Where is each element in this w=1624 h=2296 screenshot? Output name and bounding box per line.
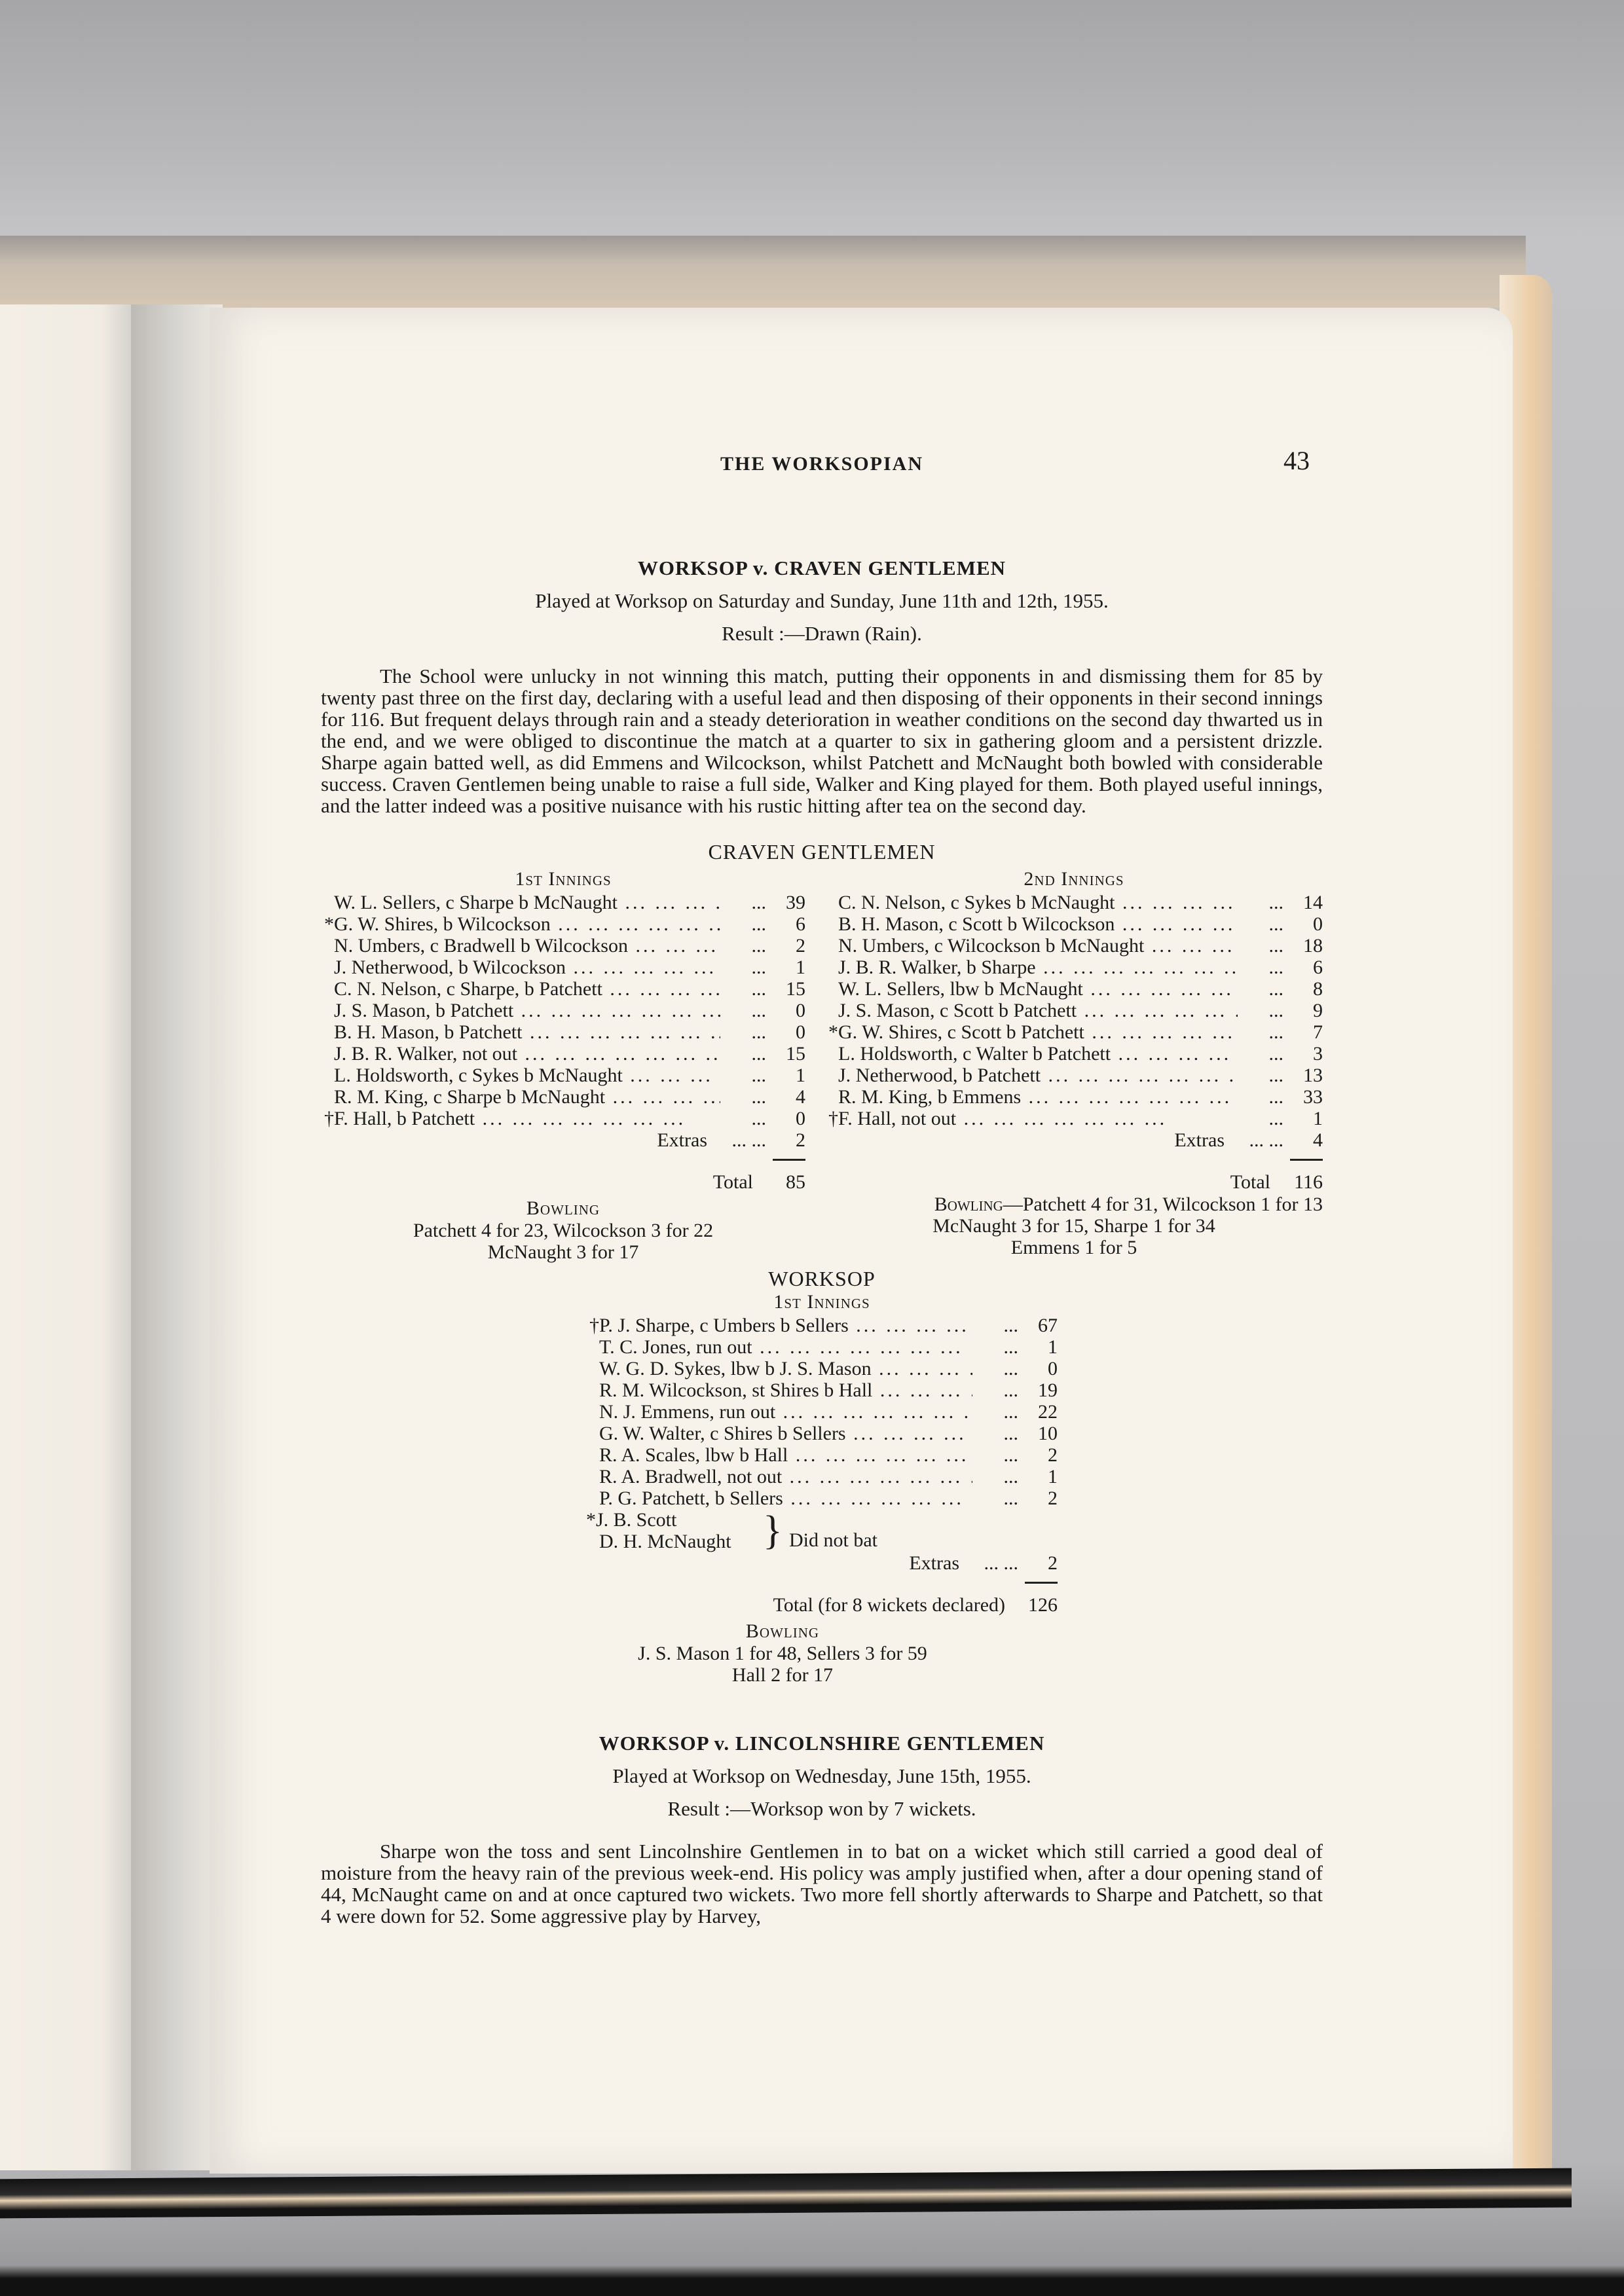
batsman-dismissal: W. G. D. Sykes, lbw b J. S. Mason xyxy=(599,1358,972,1379)
player-mark: * xyxy=(321,913,334,935)
player-mark xyxy=(825,1043,838,1065)
running-title: THE WORKSOPIAN xyxy=(321,453,1323,475)
batsman-dismissal: R. A. Bradwell, not out xyxy=(599,1466,972,1487)
batsman-dismissal: C. N. Nelson, c Sykes b McNaught xyxy=(838,892,1238,913)
extras-label: Extras xyxy=(825,1129,1238,1151)
runs: 7 xyxy=(1283,1021,1323,1043)
batting-row: N. J. Emmens, run out...22 xyxy=(586,1401,1058,1423)
bowling-line: McNaught 3 for 15, Sharpe 1 for 34 xyxy=(825,1215,1323,1237)
runs: 1 xyxy=(1283,1108,1323,1129)
batting-row: P. G. Patchett, b Sellers...2 xyxy=(586,1487,1058,1509)
batting-row: W. L. Sellers, c Sharpe b McNaught...39 xyxy=(321,892,805,913)
runs: 2 xyxy=(766,935,805,957)
batting-row: †P. J. Sharpe, c Umbers b Sellers...67 xyxy=(586,1315,1058,1336)
batting-row: R. M. King, c Sharpe b McNaught...4 xyxy=(321,1086,805,1108)
batsman-dismissal: J. Netherwood, b Wilcockson xyxy=(334,957,720,978)
player-mark xyxy=(586,1487,599,1509)
batting-row: R. M. King, b Emmens...33 xyxy=(825,1086,1323,1108)
batting-row: C. N. Nelson, c Sharpe, b Patchett...15 xyxy=(321,978,805,1000)
batsman-dismissal: C. N. Nelson, c Sharpe, b Patchett xyxy=(334,978,720,1000)
innings-heading: 2nd Innings xyxy=(825,868,1323,890)
player-mark xyxy=(825,978,838,1000)
runs: 0 xyxy=(766,1021,805,1043)
home-innings: WORKSOP 1st Innings †P. J. Sharpe, c Umb… xyxy=(586,1267,1058,1686)
running-head: THE WORKSOPIAN 43 xyxy=(321,445,1323,484)
match-venue-date: Played at Worksop on Saturday and Sunday… xyxy=(321,589,1323,613)
total-label: Total xyxy=(1230,1171,1270,1194)
runs: 4 xyxy=(766,1086,805,1108)
batting-row: L. Holdsworth, c Sykes b McNaught...1 xyxy=(321,1065,805,1086)
runs: 19 xyxy=(1018,1379,1058,1401)
player-mark xyxy=(321,1065,334,1086)
total-rule xyxy=(1025,1582,1058,1584)
player-mark xyxy=(321,892,334,913)
team-heading-opponent: CRAVEN GENTLEMEN xyxy=(321,840,1323,864)
book-top-edge xyxy=(0,236,1526,308)
runs: 18 xyxy=(1283,935,1323,957)
bowling-heading: Bowling xyxy=(586,1620,979,1643)
bowling-line: Hall 2 for 17 xyxy=(586,1664,979,1686)
player-mark xyxy=(321,978,334,1000)
did-not-bat: *J. B. Scott D. H. McNaught } Did not ba… xyxy=(586,1509,1058,1552)
opponent-innings-columns: 1st Innings W. L. Sellers, c Sharpe b Mc… xyxy=(321,868,1323,1263)
batting-row: W. G. D. Sykes, lbw b J. S. Mason...0 xyxy=(586,1358,1058,1379)
left-page xyxy=(0,304,144,2170)
innings-heading: 1st Innings xyxy=(586,1291,1058,1313)
match-venue-date: Played at Worksop on Wednesday, June 15t… xyxy=(321,1764,1323,1788)
extras-row: Extras ... ... 2 xyxy=(586,1552,1058,1574)
batting-row: J. B. R. Walker, b Sharpe...6 xyxy=(825,957,1323,978)
batting-row: †F. Hall, not out...1 xyxy=(825,1108,1323,1129)
runs: 1 xyxy=(766,1065,805,1086)
batsman-dismissal: R. A. Scales, lbw b Hall xyxy=(599,1444,972,1466)
total-value: 85 xyxy=(753,1171,805,1194)
batsman-dismissal: R. M. Wilcockson, st Shires b Hall xyxy=(599,1379,972,1401)
extras-value: 2 xyxy=(1018,1552,1058,1574)
extras-row: Extras ... ... 2 xyxy=(321,1129,805,1151)
total-row: Total (for 8 wickets declared) 126 xyxy=(586,1594,1058,1616)
runs: 0 xyxy=(766,1108,805,1129)
player-mark xyxy=(321,957,334,978)
batsman-dismissal: W. L. Sellers, lbw b McNaught xyxy=(838,978,1238,1000)
total-rule xyxy=(773,1159,805,1161)
player-mark: † xyxy=(825,1108,838,1129)
batting-row: J. Netherwood, b Wilcockson...1 xyxy=(321,957,805,978)
runs: 2 xyxy=(1018,1487,1058,1509)
team-heading-home: WORKSOP xyxy=(586,1267,1058,1291)
batsman-dismissal: G. W. Walter, c Shires b Sellers xyxy=(599,1423,972,1444)
runs: 22 xyxy=(1018,1401,1058,1423)
runs: 9 xyxy=(1283,1000,1323,1021)
batsman-dismissal: R. M. King, b Emmens xyxy=(838,1086,1238,1108)
batting-row: J. S. Mason, c Scott b Patchett...9 xyxy=(825,1000,1323,1021)
extras-value: 2 xyxy=(766,1129,805,1151)
total-value: 126 xyxy=(1005,1594,1058,1616)
batting-row: *G. W. Shires, c Scott b Patchett...7 xyxy=(825,1021,1323,1043)
player-mark xyxy=(825,1065,838,1086)
runs: 0 xyxy=(1018,1358,1058,1379)
player-mark xyxy=(586,1401,599,1423)
total-rule xyxy=(1290,1159,1323,1161)
player-mark xyxy=(825,1086,838,1108)
batting-row: T. C. Jones, run out...1 xyxy=(586,1336,1058,1358)
player-mark xyxy=(825,935,838,957)
batting-row: J. S. Mason, b Patchett...0 xyxy=(321,1000,805,1021)
runs: 1 xyxy=(1018,1466,1058,1487)
runs: 6 xyxy=(1283,957,1323,978)
runs: 33 xyxy=(1283,1086,1323,1108)
runs: 6 xyxy=(766,913,805,935)
bowling-line: Patchett 4 for 23, Wilcockson 3 for 22 xyxy=(321,1220,805,1241)
player-mark: † xyxy=(321,1108,334,1129)
batting-row: W. L. Sellers, lbw b McNaught...8 xyxy=(825,978,1323,1000)
extras-label: Extras xyxy=(586,1552,972,1574)
match-title: WORKSOP v. LINCOLNSHIRE GENTLEMEN xyxy=(321,1732,1323,1755)
total-label: Total xyxy=(713,1171,753,1194)
extras-value: 4 xyxy=(1283,1129,1323,1151)
batsman-dismissal: G. W. Shires, c Scott b Patchett xyxy=(838,1021,1238,1043)
player-mark xyxy=(321,1021,334,1043)
player-mark xyxy=(586,1444,599,1466)
runs: 15 xyxy=(766,978,805,1000)
batsman-dismissal: G. W. Shires, b Wilcockson xyxy=(334,913,720,935)
runs: 13 xyxy=(1283,1065,1323,1086)
runs: 39 xyxy=(766,892,805,913)
book-gutter xyxy=(131,304,223,2170)
runs: 2 xyxy=(1018,1444,1058,1466)
bowling-line: J. S. Mason 1 for 48, Sellers 3 for 59 xyxy=(586,1643,979,1664)
batting-row: C. N. Nelson, c Sykes b McNaught...14 xyxy=(825,892,1323,913)
book-bottom-edge xyxy=(0,2168,1572,2219)
batting-row: N. Umbers, c Bradwell b Wilcockson...2 xyxy=(321,935,805,957)
batsman-dismissal: N. Umbers, c Wilcockson b McNaught xyxy=(838,935,1238,957)
opponent-first-innings: 1st Innings W. L. Sellers, c Sharpe b Mc… xyxy=(321,868,805,1263)
batting-row: B. H. Mason, b Patchett...0 xyxy=(321,1021,805,1043)
batting-row: R. A. Bradwell, not out...1 xyxy=(586,1466,1058,1487)
batsman-dismissal: J. B. R. Walker, b Sharpe xyxy=(838,957,1238,978)
batsman-dismissal: J. S. Mason, b Patchett xyxy=(334,1000,720,1021)
player-mark xyxy=(586,1379,599,1401)
player-mark xyxy=(586,1336,599,1358)
player-mark: † xyxy=(586,1315,599,1336)
player-mark xyxy=(586,1358,599,1379)
player-mark: * xyxy=(825,1021,838,1043)
batting-row: B. H. Mason, c Scott b Wilcockson...0 xyxy=(825,913,1323,935)
batting-row: †F. Hall, b Patchett...0 xyxy=(321,1108,805,1129)
runs: 3 xyxy=(1283,1043,1323,1065)
batting-row: J. B. R. Walker, not out...15 xyxy=(321,1043,805,1065)
batsman-dismissal: B. H. Mason, b Patchett xyxy=(334,1021,720,1043)
batsman-dismissal: F. Hall, b Patchett xyxy=(334,1108,720,1129)
batting-row: R. M. Wilcockson, st Shires b Hall...19 xyxy=(586,1379,1058,1401)
player-mark xyxy=(825,913,838,935)
batting-row: R. A. Scales, lbw b Hall...2 xyxy=(586,1444,1058,1466)
batsman-dismissal: P. J. Sharpe, c Umbers b Sellers xyxy=(599,1315,972,1336)
batsman-dismissal: J. B. R. Walker, not out xyxy=(334,1043,720,1065)
batsman-dismissal: L. Holdsworth, c Sykes b McNaught xyxy=(334,1065,720,1086)
match-result: Result :—Drawn (Rain). xyxy=(321,622,1323,646)
page-number: 43 xyxy=(1283,445,1310,476)
bowling-heading: Bowling xyxy=(321,1197,805,1220)
runs: 8 xyxy=(1283,978,1323,1000)
runs: 15 xyxy=(766,1043,805,1065)
player-mark xyxy=(586,1466,599,1487)
match-result: Result :—Worksop won by 7 wickets. xyxy=(321,1797,1323,1821)
player-mark xyxy=(586,1423,599,1444)
total-row: Total 85 xyxy=(321,1171,805,1194)
batsman-dismissal: W. L. Sellers, c Sharpe b McNaught xyxy=(334,892,720,913)
batsman-dismissal: N. J. Emmens, run out xyxy=(599,1401,972,1423)
player-mark xyxy=(825,1000,838,1021)
batsman-dismissal: J. S. Mason, c Scott b Patchett xyxy=(838,1000,1238,1021)
player-mark xyxy=(825,892,838,913)
batsman-dismissal: N. Umbers, c Bradwell b Wilcockson xyxy=(334,935,720,957)
extras-row: Extras ... ... 4 xyxy=(825,1129,1323,1151)
batsman-dismissal: B. H. Mason, c Scott b Wilcockson xyxy=(838,913,1238,935)
batting-row: J. Netherwood, b Patchett...13 xyxy=(825,1065,1323,1086)
batsman-dismissal: L. Holdsworth, c Walter b Patchett xyxy=(838,1043,1238,1065)
brace-icon: } xyxy=(763,1511,789,1550)
player-mark xyxy=(321,1043,334,1065)
runs: 10 xyxy=(1018,1423,1058,1444)
batsman-dismissal: R. M. King, c Sharpe b McNaught xyxy=(334,1086,720,1108)
player-mark xyxy=(321,935,334,957)
player-mark xyxy=(321,1000,334,1021)
dnb-player: *J. B. Scott xyxy=(586,1509,763,1531)
batsman-dismissal: P. G. Patchett, b Sellers xyxy=(599,1487,972,1509)
bowling-heading: Bowling xyxy=(934,1194,1003,1215)
opponent-second-innings: 2nd Innings C. N. Nelson, c Sykes b McNa… xyxy=(825,868,1323,1263)
total-row: Total 116 xyxy=(825,1171,1323,1194)
player-mark xyxy=(825,957,838,978)
extras-label: Extras xyxy=(321,1129,720,1151)
runs: 0 xyxy=(766,1000,805,1021)
runs: 67 xyxy=(1018,1315,1058,1336)
total-label: Total (for 8 wickets declared) xyxy=(773,1594,1005,1616)
dnb-player: D. H. McNaught xyxy=(586,1531,763,1552)
bowling-line: Bowling—Patchett 4 for 31, Wilcockson 1 … xyxy=(825,1194,1323,1215)
match-report: Sharpe won the toss and sent Lincolnshir… xyxy=(321,1840,1323,1927)
batsman-dismissal: T. C. Jones, run out xyxy=(599,1336,972,1358)
batting-row: L. Holdsworth, c Walter b Patchett...3 xyxy=(825,1043,1323,1065)
bowling-line: McNaught 3 for 17 xyxy=(321,1241,805,1263)
bowling-line: Emmens 1 for 5 xyxy=(825,1237,1323,1258)
batsman-dismissal: J. Netherwood, b Patchett xyxy=(838,1065,1238,1086)
batting-row: G. W. Walter, c Shires b Sellers...10 xyxy=(586,1423,1058,1444)
dnb-label: Did not bat xyxy=(789,1511,877,1551)
batsman-dismissal: F. Hall, not out xyxy=(838,1108,1238,1129)
player-mark xyxy=(321,1086,334,1108)
batting-row: N. Umbers, c Wilcockson b McNaught...18 xyxy=(825,935,1323,957)
runs: 1 xyxy=(766,957,805,978)
match-title: WORKSOP v. CRAVEN GENTLEMEN xyxy=(321,556,1323,580)
total-value: 116 xyxy=(1270,1171,1323,1194)
runs: 1 xyxy=(1018,1336,1058,1358)
match-report: The School were unlucky in not winning t… xyxy=(321,665,1323,816)
page-content: THE WORKSOPIAN 43 WORKSOP v. CRAVEN GENT… xyxy=(321,445,1323,1947)
runs: 0 xyxy=(1283,913,1323,935)
innings-heading: 1st Innings xyxy=(321,868,805,890)
batting-row: *G. W. Shires, b Wilcockson...6 xyxy=(321,913,805,935)
runs: 14 xyxy=(1283,892,1323,913)
